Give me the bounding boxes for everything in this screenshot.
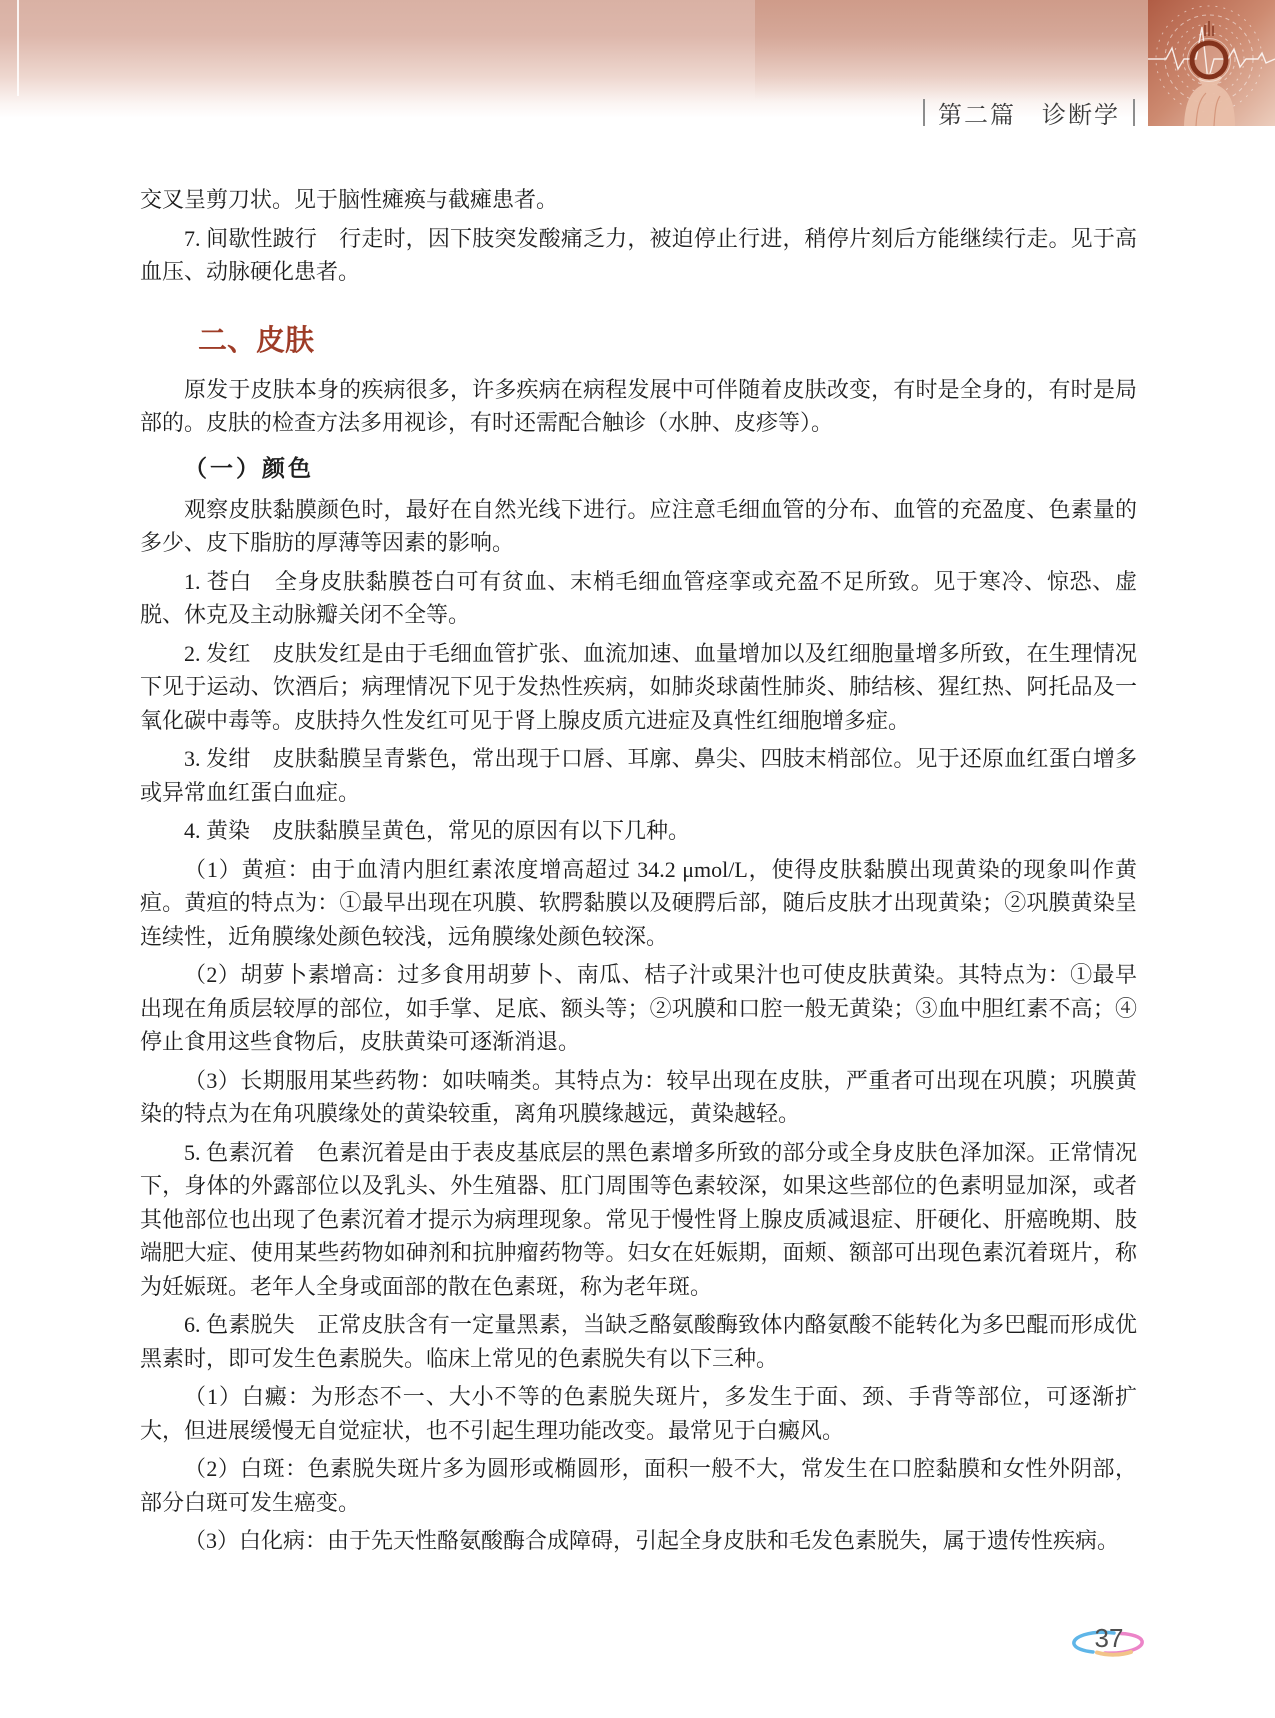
body-paragraph: 3. 发绀 皮肤黏膜呈青紫色，常出现于口唇、耳廓、鼻尖、四肢末梢部位。见于还原血… <box>140 742 1137 809</box>
page-number-text: 37 <box>1095 1623 1124 1653</box>
running-head-rule-left <box>923 99 925 126</box>
body-paragraph: 观察皮肤黏膜颜色时，最好在自然光线下进行。应注意毛细血管的分布、血管的充盈度、色… <box>140 493 1137 560</box>
running-head-title: 第二篇 诊断学 <box>938 95 1120 130</box>
textbook-page: 第二篇 诊断学 交叉呈剪刀状。见于脑性瘫痪与截瘫患者。 7. 间歇性跛行 行走时… <box>0 0 1275 1718</box>
page-body: 交叉呈剪刀状。见于脑性瘫痪与截瘫患者。 7. 间歇性跛行 行走时，因下肢突发酸痛… <box>140 178 1137 1558</box>
body-paragraph: 4. 黄染 皮肤黏膜呈黄色，常见的原因有以下几种。 <box>140 814 1137 848</box>
body-paragraph: 原发于皮肤本身的疾病很多，许多疾病在病程发展中可伴随着皮肤改变，有时是全身的，有… <box>140 373 1137 440</box>
body-paragraph: （3）长期服用某些药物：如呋喃类。其特点为：较早出现在皮肤，严重者可出现在巩膜；… <box>140 1064 1137 1131</box>
body-paragraph: 交叉呈剪刀状。见于脑性瘫痪与截瘫患者。 <box>140 183 1137 217</box>
body-paragraph: 6. 色素脱失 正常皮肤含有一定量黑素，当缺乏酪氨酸酶致体内酪氨酸不能转化为多巴… <box>140 1308 1137 1375</box>
body-paragraph: （2）胡萝卜素增高：过多食用胡萝卜、南瓜、桔子汁或果汁也可使皮肤黄染。其特点为：… <box>140 958 1137 1059</box>
body-paragraph: （2）白斑：色素脱失斑片多为圆形或椭圆形，面积一般不大，常发生在口腔黏膜和女性外… <box>140 1452 1137 1519</box>
body-paragraph: （1）白癜：为形态不一、大小不等的色素脱失斑片，多发生于面、颈、手背等部位，可逐… <box>140 1380 1137 1447</box>
subsection-heading-color: （一）颜色 <box>184 452 1137 485</box>
page-number: 37 <box>1068 1614 1150 1660</box>
running-head-rule-right <box>1133 99 1135 126</box>
body-paragraph: 2. 发红 皮肤发红是由于毛细血管扩张、血流加速、血量增加以及红细胞量增多所致，… <box>140 637 1137 738</box>
body-paragraph: （1）黄疸：由于血清内胆红素浓度增高超过 34.2 μmol/L，使得皮肤黏膜出… <box>140 853 1137 954</box>
body-paragraph: （3）白化病：由于先天性酪氨酸酶合成障碍，引起全身皮肤和毛发色素脱失，属于遗传性… <box>140 1524 1137 1558</box>
body-paragraph: 7. 间歇性跛行 行走时，因下肢突发酸痛乏力，被迫停止行进，稍停片刻后方能继续行… <box>140 222 1137 289</box>
stethoscope-photo-icon <box>1148 0 1275 126</box>
header-decorative-line <box>17 0 19 96</box>
running-head: 第二篇 诊断学 <box>923 97 1135 127</box>
body-paragraph: 1. 苍白 全身皮肤黏膜苍白可有贫血、末梢毛细血管痉挛或充盈不足所致。见于寒冷、… <box>140 565 1137 632</box>
body-paragraph: 5. 色素沉着 色素沉着是由于表皮基底层的黑色素增多所致的部分或全身皮肤色泽加深… <box>140 1136 1137 1304</box>
section-heading-skin: 二、皮肤 <box>198 323 1137 359</box>
